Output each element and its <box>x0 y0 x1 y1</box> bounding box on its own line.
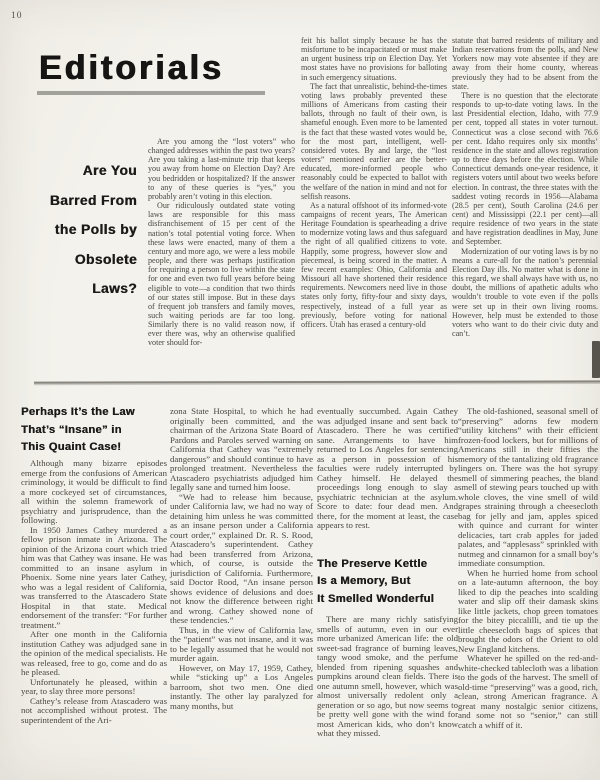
title-line: This Quaint Case! <box>21 439 179 457</box>
article-paragraph: zona State Hospital, to which he had ori… <box>170 407 313 493</box>
article-paragraph: “We had to release him because, under Ca… <box>170 493 313 626</box>
title-line: Perhaps It’s the Law <box>21 404 179 422</box>
magazine-page: 10 Editorials Are You Barred From the Po… <box>0 0 600 780</box>
article-column: Are you among the “lost voters” who chan… <box>148 137 295 348</box>
article-paragraph: The old-fashioned, seasonal smell of “pr… <box>458 407 598 569</box>
article-paragraph: The fact that unrealistic, behind-the-ti… <box>301 82 447 201</box>
article-column: statute that barred residents of militar… <box>452 36 598 338</box>
article-paragraph: However, on May 17, 1959, Cathey, while … <box>170 664 313 712</box>
article-column: Although many bizarre episodes emerge fr… <box>21 459 167 725</box>
article-paragraph: Thus, in the view of California law, the… <box>170 626 313 664</box>
article-paragraph: In 1950 James Cathey murdered a fellow p… <box>21 526 167 631</box>
article-paragraph: Modernization of our voting laws is by n… <box>452 247 598 339</box>
article-column: feit his ballot simply because he has th… <box>301 36 447 329</box>
article-paragraph: Whatever he spilled on the red-and-white… <box>458 654 598 730</box>
article-paragraph: When he hurried home from school on a la… <box>458 569 598 655</box>
article-paragraph: There is no question that the electorate… <box>452 91 598 247</box>
article-paragraph: Unfortunately he pleased, within a year,… <box>21 678 167 697</box>
article-paragraph: Are you among the “lost voters” who chan… <box>148 137 295 201</box>
title-line: Obsolete <box>10 245 137 275</box>
article-title-kettle: The Preserve Kettle Is a Memory, But It … <box>317 556 458 609</box>
article-column: zona State Hospital, to which he had ori… <box>170 407 313 711</box>
page-number: 10 <box>11 11 23 21</box>
title-line: Laws? <box>10 274 137 304</box>
scan-edge-mark <box>592 341 600 378</box>
article-paragraph: statute that barred residents of militar… <box>452 36 598 91</box>
article-paragraph: eventually succumbed. Again Cathey was a… <box>317 407 458 531</box>
article-paragraph: Our ridiculously outdated state voting l… <box>148 201 295 348</box>
article-paragraph: Although many bizarre episodes emerge fr… <box>21 459 167 526</box>
article-paragraph: As a natural offshoot of its informed-vo… <box>301 201 447 329</box>
article-column: The old-fashioned, seasonal smell of “pr… <box>458 407 598 730</box>
article-paragraph: Cathey’s release from Atascadero was not… <box>21 697 167 726</box>
article-column: eventually succumbed. Again Cathey was a… <box>317 407 458 739</box>
title-line: That’s “Insane” in <box>21 422 179 440</box>
article-title-polls: Are You Barred From the Polls by Obsolet… <box>10 156 137 304</box>
title-line: Barred From <box>10 186 137 216</box>
title-line: Is a Memory, But <box>317 573 458 591</box>
article-paragraph: There are many richly satisfying smells … <box>317 615 458 739</box>
title-line: The Preserve Kettle <box>317 556 458 574</box>
section-divider-rule <box>34 380 600 383</box>
headline-underline <box>37 91 265 95</box>
editorials-headline: Editorials <box>39 50 224 86</box>
title-line: the Polls by <box>10 215 137 245</box>
article-title-insane: Perhaps It’s the Law That’s “Insane” in … <box>21 404 179 457</box>
title-line: It Smelled Wonderful <box>317 591 458 609</box>
title-line: Are You <box>10 156 137 186</box>
article-paragraph: After one month in the California instit… <box>21 630 167 678</box>
article-paragraph: feit his ballot simply because he has th… <box>301 36 447 82</box>
